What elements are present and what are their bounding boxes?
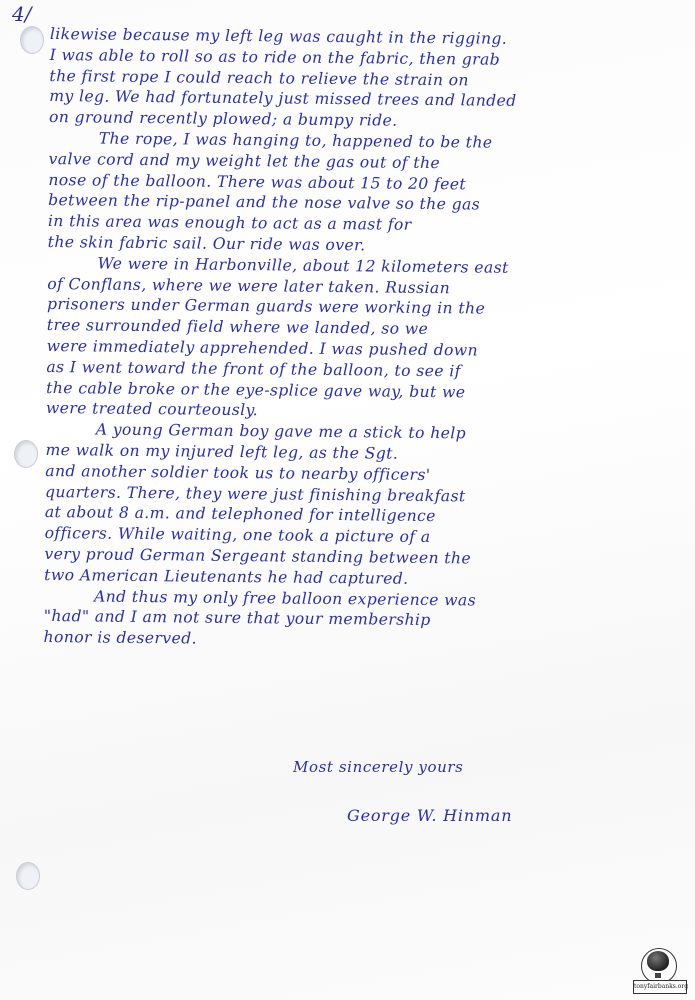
- letter-page: 4/ likewise because my left leg was caug…: [0, 0, 695, 1000]
- punch-hole-top: [20, 26, 44, 54]
- closing-line: Most sincerely yours: [293, 758, 463, 776]
- punch-hole-middle: [14, 440, 38, 468]
- signature: George W. Hinman: [347, 806, 512, 825]
- watermark-logo: tonyfairbanks.org: [633, 948, 685, 996]
- letter-body: likewise because my left leg was caught …: [43, 24, 677, 654]
- balloon-icon: [641, 948, 677, 984]
- punch-hole-bottom: [16, 862, 40, 890]
- watermark-text: tonyfairbanks.org: [633, 980, 687, 994]
- page-number: 4/: [12, 2, 31, 26]
